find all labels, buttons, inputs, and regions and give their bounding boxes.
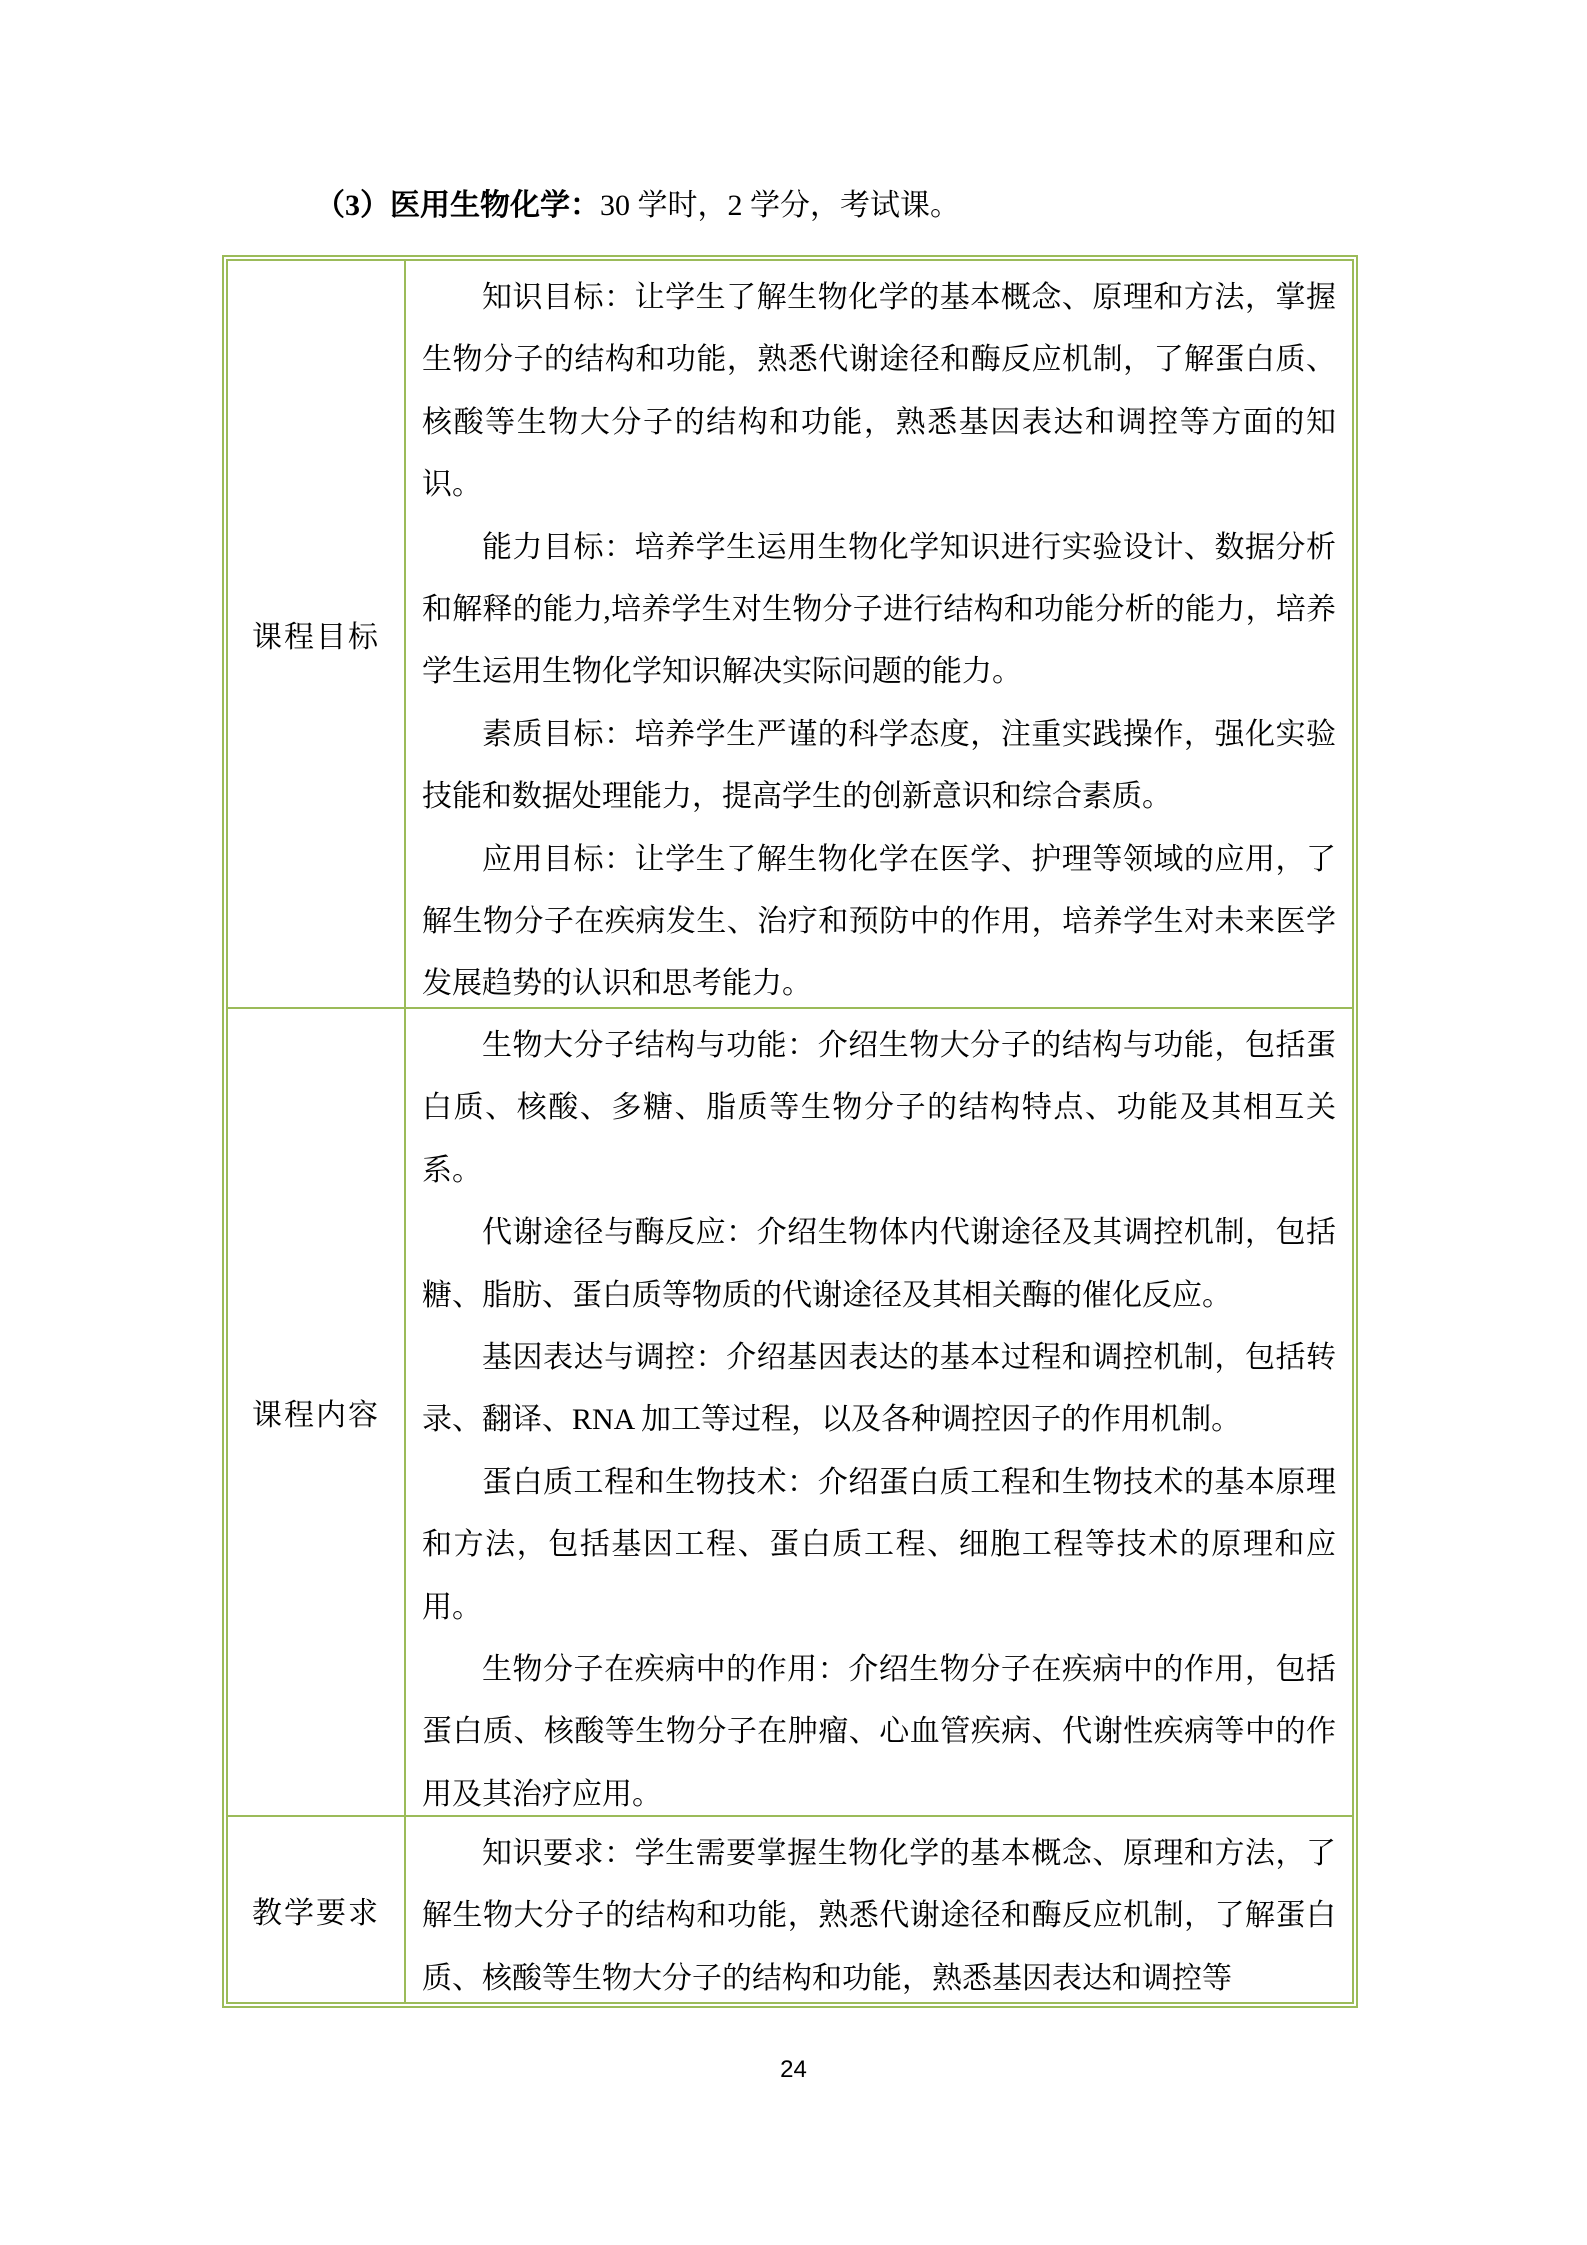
course-info-table: 课程目标 知识目标：让学生了解生物化学的基本概念、原理和方法，掌握生物分子的结构… bbox=[222, 255, 1358, 2008]
paragraph-application-objective: 应用目标：让学生了解生物化学在医学、护理等领域的应用，了解生物分子在疾病发生、治… bbox=[422, 829, 1336, 1007]
row-content-course-content: 生物大分子结构与功能：介绍生物大分子的结构与功能，包括蛋白质、核酸、多糖、脂质等… bbox=[406, 1009, 1352, 1815]
row-label-course-objectives: 课程目标 bbox=[228, 261, 406, 1007]
table-row-course-content: 课程内容 生物大分子结构与功能：介绍生物大分子的结构与功能，包括蛋白质、核酸、多… bbox=[228, 1009, 1352, 1817]
paragraph-biomolecules-in-disease: 生物分子在疾病中的作用：介绍生物分子在疾病中的作用，包括蛋白质、核酸等生物分子在… bbox=[422, 1639, 1336, 1815]
table-row-course-objectives: 课程目标 知识目标：让学生了解生物化学的基本概念、原理和方法，掌握生物分子的结构… bbox=[228, 261, 1352, 1009]
row-label-course-content: 课程内容 bbox=[228, 1009, 406, 1815]
table-row-teaching-requirements: 教学要求 知识要求：学生需要掌握生物化学的基本概念、原理和方法，了解生物大分子的… bbox=[228, 1817, 1352, 2002]
paragraph-ability-objective: 能力目标：培养学生运用生物化学知识进行实验设计、数据分析和解释的能力,培养学生对… bbox=[422, 517, 1336, 704]
section-heading-detail: 30 学时，2 学分，考试课。 bbox=[600, 189, 960, 222]
paragraph-biomacromolecules: 生物大分子结构与功能：介绍生物大分子的结构与功能，包括蛋白质、核酸、多糖、脂质等… bbox=[422, 1015, 1336, 1202]
page-number: 24 bbox=[0, 2056, 1587, 2084]
row-content-course-objectives: 知识目标：让学生了解生物化学的基本概念、原理和方法，掌握生物分子的结构和功能，熟… bbox=[406, 261, 1352, 1007]
paragraph-knowledge-requirement: 知识要求：学生需要掌握生物化学的基本概念、原理和方法，了解生物大分子的结构和功能… bbox=[422, 1823, 1336, 2002]
paragraph-knowledge-objective: 知识目标：让学生了解生物化学的基本概念、原理和方法，掌握生物分子的结构和功能，熟… bbox=[422, 267, 1336, 517]
paragraph-quality-objective: 素质目标：培养学生严谨的科学态度，注重实践操作，强化实验技能和数据处理能力，提高… bbox=[422, 704, 1336, 829]
paragraph-gene-expression: 基因表达与调控：介绍基因表达的基本过程和调控机制，包括转录、翻译、RNA 加工等… bbox=[422, 1327, 1336, 1452]
document-page: （3）医用生物化学：30 学时，2 学分，考试课。 课程目标 知识目标：让学生了… bbox=[0, 0, 1587, 2245]
section-heading: （3）医用生物化学：30 学时，2 学分，考试课。 bbox=[315, 186, 960, 226]
row-content-teaching-requirements: 知识要求：学生需要掌握生物化学的基本概念、原理和方法，了解生物大分子的结构和功能… bbox=[406, 1817, 1352, 2002]
paragraph-protein-engineering: 蛋白质工程和生物技术：介绍蛋白质工程和生物技术的基本原理和方法，包括基因工程、蛋… bbox=[422, 1452, 1336, 1639]
paragraph-metabolic-pathways: 代谢途径与酶反应：介绍生物体内代谢途径及其调控机制，包括糖、脂肪、蛋白质等物质的… bbox=[422, 1202, 1336, 1327]
section-heading-title: （3）医用生物化学： bbox=[315, 189, 600, 222]
row-label-teaching-requirements: 教学要求 bbox=[228, 1817, 406, 2002]
